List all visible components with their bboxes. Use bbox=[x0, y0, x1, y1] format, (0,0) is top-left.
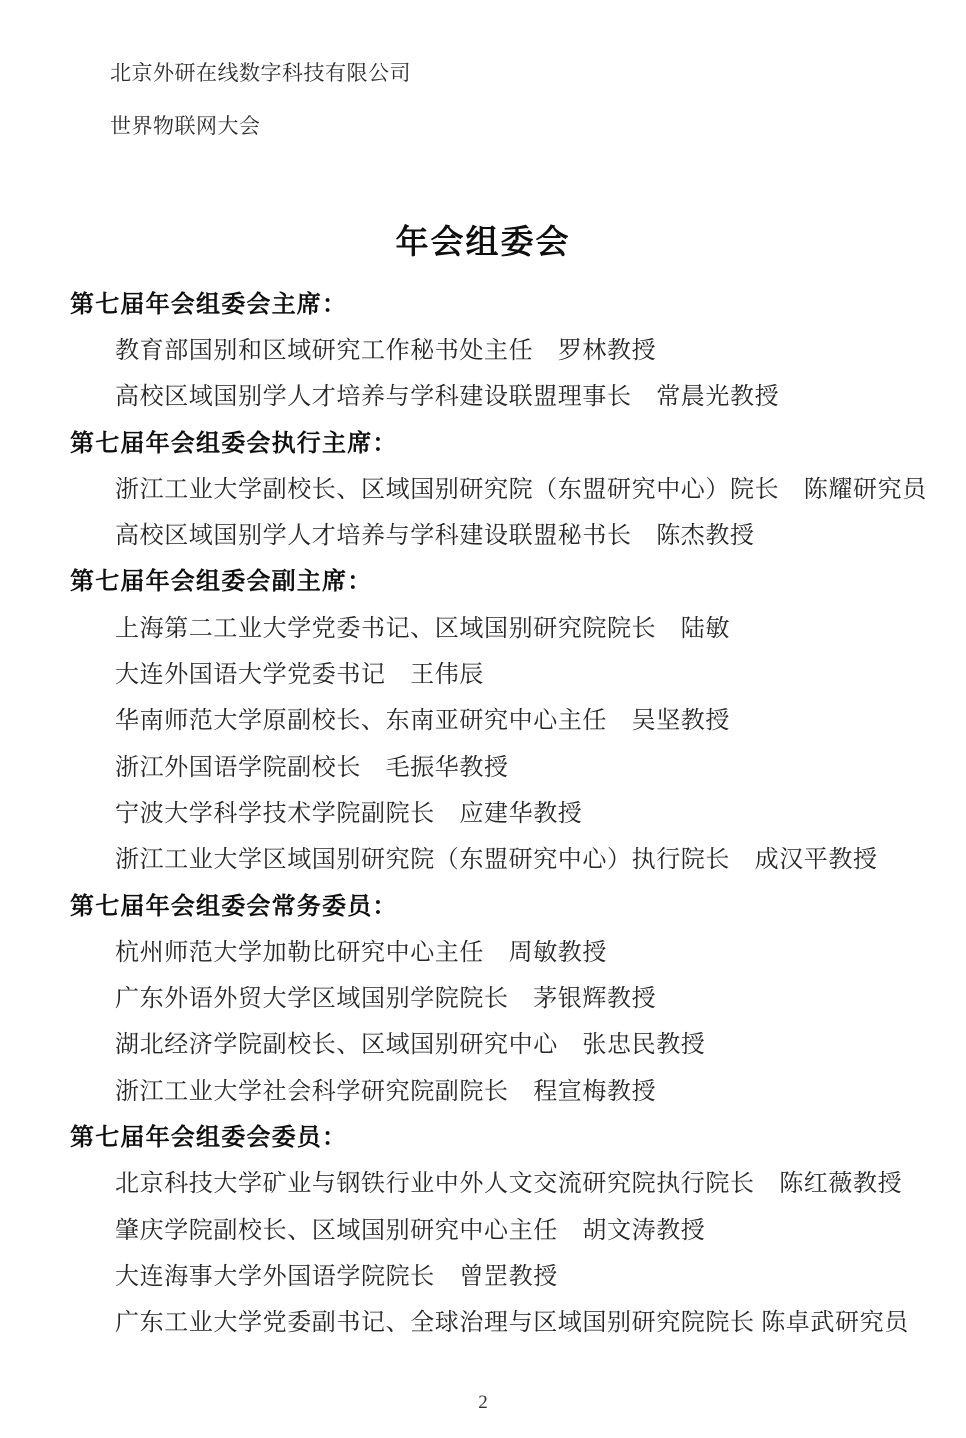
committee-member-line: 浙江外国语学院副校长 毛振华教授 bbox=[70, 741, 916, 787]
section-heading: 第七届年会组委会执行主席： bbox=[70, 417, 916, 463]
committee-member-line: 浙江工业大学区域国别研究院（东盟研究中心）执行院长 成汉平教授 bbox=[70, 834, 916, 880]
committee-member-line: 大连海事大学外国语学院院长 曾罡教授 bbox=[70, 1250, 916, 1296]
document-header: 北京外研在线数字科技有限公司 世界物联网大会 bbox=[110, 62, 411, 168]
committee-member-line: 北京科技大学矿业与钢铁行业中外人文交流研究院执行院长 陈红薇教授 bbox=[70, 1158, 916, 1204]
committee-member-line: 广东工业大学党委副书记、全球治理与区域国别研究院院长 陈卓武研究员 bbox=[70, 1297, 916, 1343]
header-line: 北京外研在线数字科技有限公司 bbox=[110, 62, 411, 84]
section-heading: 第七届年会组委会常务委员： bbox=[70, 880, 916, 926]
section-heading: 第七届年会组委会副主席： bbox=[70, 556, 916, 602]
committee-member-line: 华南师范大学原副校长、东南亚研究中心主任 吴坚教授 bbox=[70, 695, 916, 741]
committee-member-line: 高校区域国别学人才培养与学科建设联盟理事长 常晨光教授 bbox=[70, 371, 916, 417]
committee-member-line: 大连外国语大学党委书记 王伟辰 bbox=[70, 648, 916, 694]
page-number: 2 bbox=[0, 1392, 966, 1414]
committee-member-line: 宁波大学科学技术学院副院长 应建华教授 bbox=[70, 787, 916, 833]
committee-member-line: 广东外语外贸大学区域国别学院院长 茅银辉教授 bbox=[70, 972, 916, 1018]
header-line: 世界物联网大会 bbox=[110, 115, 411, 137]
committee-member-line: 湖北经济学院副校长、区域国别研究中心 张忠民教授 bbox=[70, 1019, 916, 1065]
committee-member-line: 上海第二工业大学党委书记、区域国别研究院院长 陆敏 bbox=[70, 602, 916, 648]
section-heading: 第七届年会组委会主席： bbox=[70, 278, 916, 324]
document-page: 北京外研在线数字科技有限公司 世界物联网大会 年会组委会 第七届年会组委会主席：… bbox=[0, 0, 966, 1438]
committee-member-line: 高校区域国别学人才培养与学科建设联盟秘书长 陈杰教授 bbox=[70, 509, 916, 555]
committee-member-line: 浙江工业大学社会科学研究院副院长 程宣梅教授 bbox=[70, 1065, 916, 1111]
page-title: 年会组委会 bbox=[0, 216, 966, 263]
committee-member-line: 浙江工业大学副校长、区域国别研究院（东盟研究中心）院长 陈耀研究员 bbox=[70, 463, 916, 509]
section-heading: 第七届年会组委会委员： bbox=[70, 1111, 916, 1157]
committee-list: 第七届年会组委会主席： 教育部国别和区域研究工作秘书处主任 罗林教授 高校区域国… bbox=[70, 278, 916, 1343]
committee-member-line: 教育部国别和区域研究工作秘书处主任 罗林教授 bbox=[70, 324, 916, 370]
committee-member-line: 肇庆学院副校长、区域国别研究中心主任 胡文涛教授 bbox=[70, 1204, 916, 1250]
committee-member-line: 杭州师范大学加勒比研究中心主任 周敏教授 bbox=[70, 926, 916, 972]
